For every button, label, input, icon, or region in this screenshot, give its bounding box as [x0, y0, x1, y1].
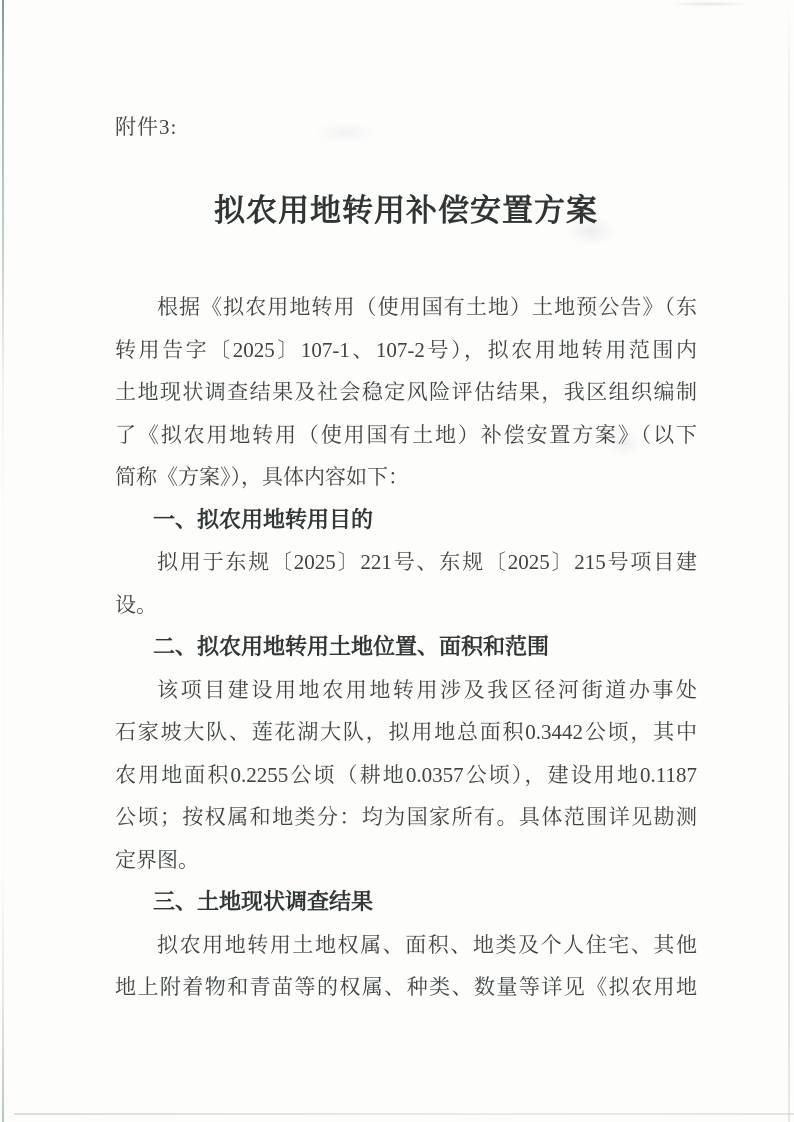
attachment-label: 附件3: [115, 112, 697, 142]
text-line: 农用地面积0.2255公顷（耕地0.0357公顷），建设用地0.1187 [115, 754, 697, 797]
scan-edge-bottom-artifact [14, 1113, 794, 1115]
text-line: 转用告字〔2025〕107-1、107-2号），拟农用地转用范围内 [115, 329, 697, 372]
text-line: 定界图。 [115, 839, 697, 882]
text-line: 石家坡大队、莲花湖大队，拟用地总面积0.3442公顷，其中 [115, 711, 697, 754]
text-line: 公顷；按权属和地类分：均为国家所有。具体范围详见勘测 [115, 796, 697, 839]
text-line: 设。 [115, 584, 697, 627]
section-heading-2: 二、拟农用地转用土地位置、面积和范围 [115, 626, 697, 669]
paragraph-survey-results: 拟农用地转用土地权属、面积、地类及个人住宅、其他 地上附着物和青苗等的权属、种类… [115, 924, 697, 1009]
scanned-document-page: 附件3: 拟农用地转用补偿安置方案 根据《拟农用地转用（使用国有土地）土地预公告… [0, 0, 794, 1122]
text-line: 了《拟农用地转用（使用国有土地）补偿安置方案》（以下 [115, 414, 697, 457]
text-line: 土地现状调查结果及社会稳定风险评估结果，我区组织编制 [115, 371, 697, 414]
heading-line: 二、拟农用地转用土地位置、面积和范围 [115, 626, 697, 669]
heading-line: 一、拟农用地转用目的 [115, 499, 697, 542]
document-body: 根据《拟农用地转用（使用国有土地）土地预公告》（东 转用告字〔2025〕107-… [115, 286, 697, 1009]
text-line: 地上附着物和青苗等的权属、种类、数量等详见《拟农用地 [115, 966, 697, 1009]
paragraph-purpose: 拟用于东规〔2025〕221号、东规〔2025〕215号项目建 设。 [115, 541, 697, 626]
text-line: 该项目建设用地农用地转用涉及我区径河街道办事处 [115, 669, 697, 712]
heading-line: 三、土地现状调查结果 [115, 881, 697, 924]
text-line: 根据《拟农用地转用（使用国有土地）土地预公告》（东 [115, 286, 697, 329]
paragraph-intro: 根据《拟农用地转用（使用国有土地）土地预公告》（东 转用告字〔2025〕107-… [115, 286, 697, 499]
paragraph-location-area: 该项目建设用地农用地转用涉及我区径河街道办事处 石家坡大队、莲花湖大队，拟用地总… [115, 669, 697, 882]
section-heading-3: 三、土地现状调查结果 [115, 881, 697, 924]
text-line: 拟农用地转用土地权属、面积、地类及个人住宅、其他 [115, 924, 697, 967]
text-line: 拟用于东规〔2025〕221号、东规〔2025〕215号项目建 [115, 541, 697, 584]
document-content: 附件3: 拟农用地转用补偿安置方案 根据《拟农用地转用（使用国有土地）土地预公告… [0, 112, 794, 1009]
document-title: 拟农用地转用补偿安置方案 [115, 189, 697, 233]
text-line: 简称《方案》），具体内容如下： [115, 456, 697, 499]
section-heading-1: 一、拟农用地转用目的 [115, 499, 697, 542]
